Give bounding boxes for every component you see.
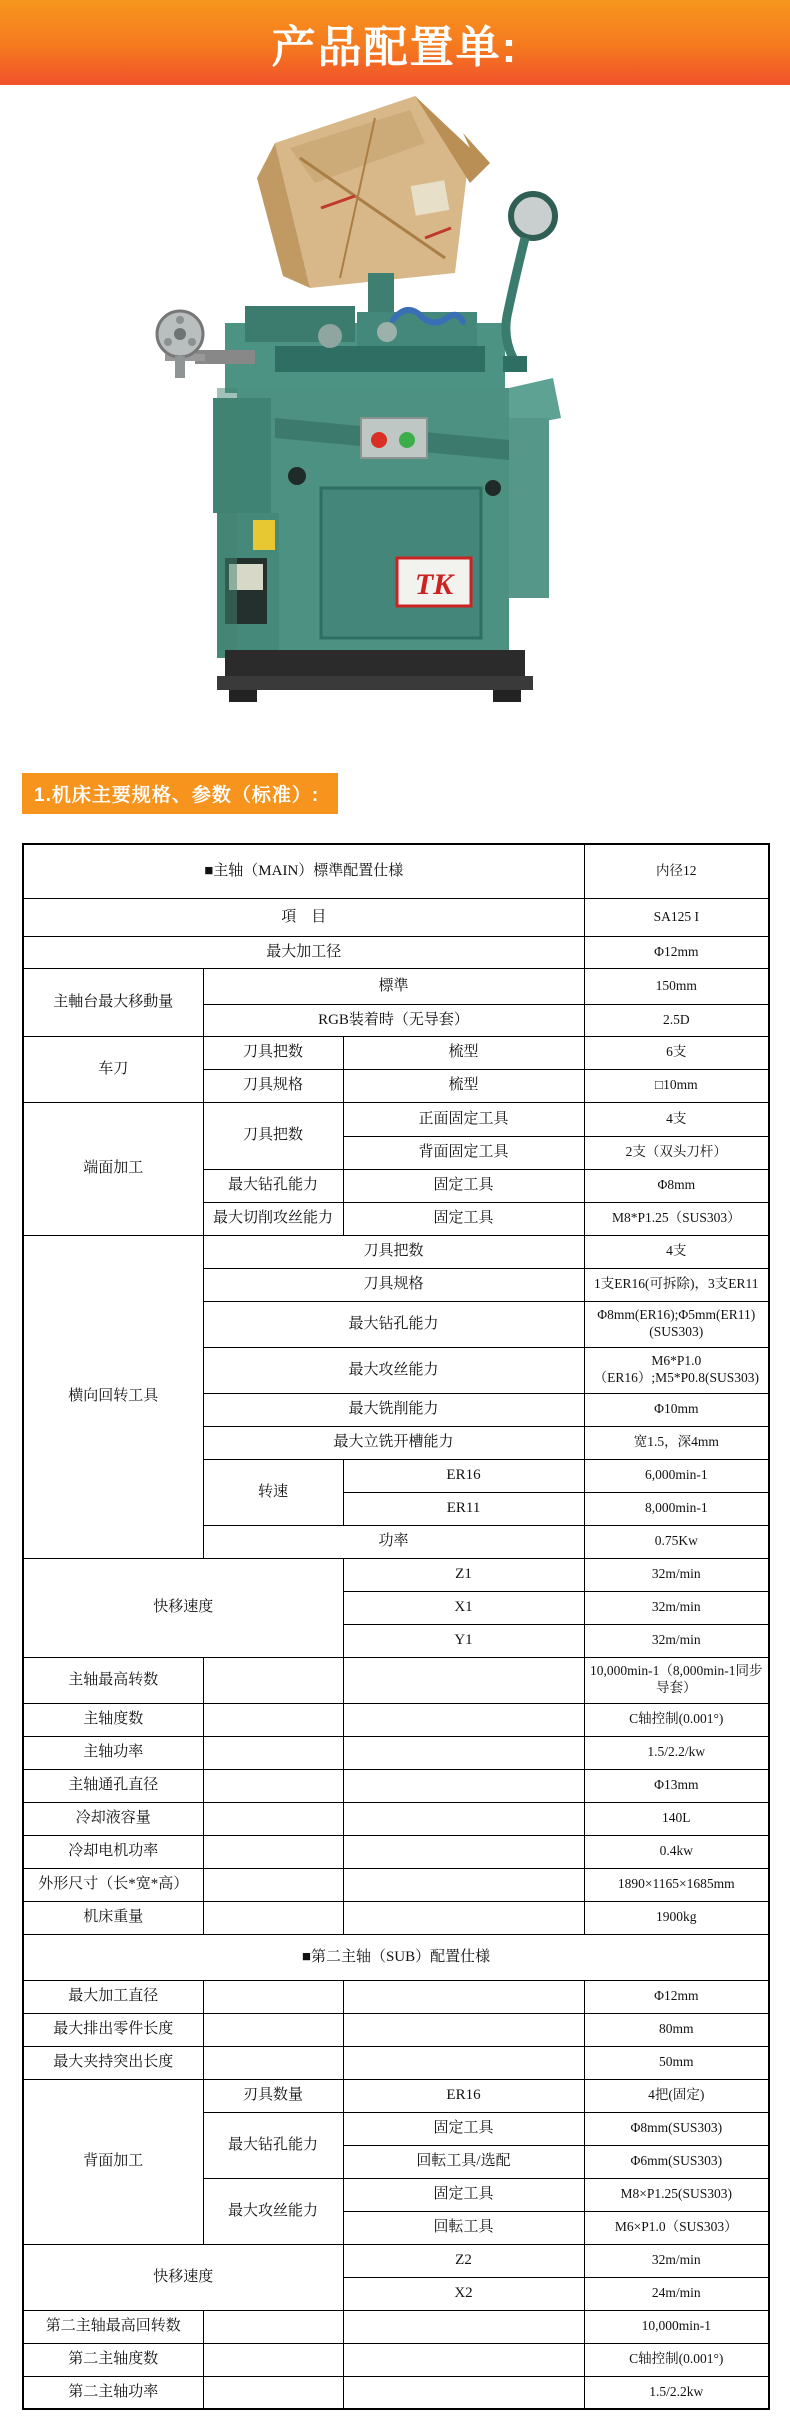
spec-cell: C轴控制(0.001°) [584, 1703, 769, 1736]
spec-cell: 固定工具 [343, 1202, 584, 1235]
machine-photo: TK [125, 88, 575, 760]
spec-cell: 32m/min [584, 1558, 769, 1591]
spec-cell [343, 1736, 584, 1769]
spec-cell: 1890×1165×1685mm [584, 1868, 769, 1901]
spec-cell: 刀具把数 [203, 1036, 343, 1069]
spec-cell: 32m/min [584, 1591, 769, 1624]
machine-illustration: TK [125, 88, 575, 760]
spec-table-body: ■主轴（MAIN）標準配置仕様内径12項 目SA125 I最大加工径Φ12mm主… [23, 844, 769, 2409]
spindle-head-assembly [165, 306, 505, 393]
spec-cell: 主轴通孔直径 [23, 1769, 203, 1802]
spec-cell: 车刀 [23, 1036, 203, 1102]
spec-cell: 最大铣削能力 [203, 1393, 584, 1426]
spec-cell: 最大钻孔能力 [203, 1169, 343, 1202]
spec-cell: 刀具把数 [203, 1102, 343, 1169]
start-stop-buttons [361, 418, 427, 458]
spec-cell: 最大切削攻丝能力 [203, 1202, 343, 1235]
spec-table: ■主轴（MAIN）標準配置仕様内径12項 目SA125 I最大加工径Φ12mm主… [22, 843, 770, 2410]
spec-cell: 冷却电机功率 [23, 1835, 203, 1868]
spec-cell: SA125 I [584, 898, 769, 936]
spec-cell: 最大加工直径 [23, 1980, 203, 2013]
spec-cell: 主轴最高转数 [23, 1657, 203, 1703]
spec-cell [343, 1657, 584, 1703]
spec-cell: 標準 [203, 968, 584, 1004]
spec-cell [343, 2046, 584, 2079]
spec-row: 主轴功率1.5/2.2/kw [23, 1736, 769, 1769]
green-button-icon [399, 432, 415, 448]
spec-cell [343, 1802, 584, 1835]
spec-cell [343, 1980, 584, 2013]
spec-cell: 4支 [584, 1235, 769, 1268]
spec-cell: 背面固定工具 [343, 1136, 584, 1169]
spec-cell: 0.75Kw [584, 1525, 769, 1558]
spec-cell: 6,000min-1 [584, 1459, 769, 1492]
spec-cell: 功率 [203, 1525, 584, 1558]
spec-cell: 項 目 [23, 898, 584, 936]
spec-cell: Φ8mm(SUS303) [584, 2112, 769, 2145]
spec-cell [203, 1703, 343, 1736]
spec-cell: Φ8mm(ER16);Φ5mm(ER11)(SUS303) [584, 1301, 769, 1347]
spec-cell [203, 1835, 343, 1868]
spec-cell: ■主轴（MAIN）標準配置仕様 [23, 844, 584, 898]
red-button-icon [371, 432, 387, 448]
spec-row: 冷却液容量140L [23, 1802, 769, 1835]
spec-cell [343, 1703, 584, 1736]
spec-row: 机床重量1900kg [23, 1901, 769, 1934]
spec-row: 外形尺寸（长*宽*高）1890×1165×1685mm [23, 1868, 769, 1901]
spec-cell: 最大加工径 [23, 936, 584, 968]
spec-cell: M8×P1.25(SUS303) [584, 2178, 769, 2211]
spec-cell [343, 2376, 584, 2409]
spec-row: ■第二主轴（SUB）配置仕様 [23, 1934, 769, 1980]
spec-row: 第二主轴最高回转数10,000min-1 [23, 2310, 769, 2343]
spec-cell: 宽1.5，深4mm [584, 1426, 769, 1459]
spec-cell: 机床重量 [23, 1901, 203, 1934]
spec-cell [343, 1868, 584, 1901]
spec-cell: 4支 [584, 1102, 769, 1136]
spec-cell [343, 1769, 584, 1802]
spec-cell: 刀具规格 [203, 1069, 343, 1102]
tk-logo-text: TK [415, 568, 455, 601]
spec-cell: 回転工具/选配 [343, 2145, 584, 2178]
spec-cell: 外形尺寸（长*宽*高） [23, 1868, 203, 1901]
spec-row: 背面加工刃具数量ER164把(固定) [23, 2079, 769, 2112]
spec-cell [203, 2376, 343, 2409]
spec-cell: 主轴度数 [23, 1703, 203, 1736]
spec-cell: 固定工具 [343, 1169, 584, 1202]
spec-row: 端面加工刀具把数正面固定工具4支 [23, 1102, 769, 1136]
spec-cell: 固定工具 [343, 2112, 584, 2145]
spec-cell: Φ10mm [584, 1393, 769, 1426]
spec-cell: 快移速度 [23, 1558, 343, 1657]
spec-cell: 固定工具 [343, 2178, 584, 2211]
spec-row: 冷却电机功率0.4kw [23, 1835, 769, 1868]
spec-cell: 横向回转工具 [23, 1235, 203, 1558]
spec-row: 最大排出零件长度80mm [23, 2013, 769, 2046]
spec-cell [343, 1835, 584, 1868]
spec-cell [203, 1657, 343, 1703]
spec-cell: 32m/min [584, 2244, 769, 2277]
spec-cell: 最大攻丝能力 [203, 2178, 343, 2244]
spec-cell [343, 1901, 584, 1934]
spec-cell: 最大钻孔能力 [203, 2112, 343, 2178]
spec-row: 第二主轴度数C轴控制(0.001°) [23, 2343, 769, 2376]
spec-row: 主軸台最大移動量標準150mm [23, 968, 769, 1004]
spec-cell: 冷却液容量 [23, 1802, 203, 1835]
spec-cell: 10,000min-1（8,000min-1同步导套） [584, 1657, 769, 1703]
spec-cell: 最大攻丝能力 [203, 1347, 584, 1393]
spec-cell: Φ6mm(SUS303) [584, 2145, 769, 2178]
spec-cell [203, 1901, 343, 1934]
spec-cell: 32m/min [584, 1624, 769, 1657]
spec-cell: X2 [343, 2277, 584, 2310]
spec-cell: 最大立铣开槽能力 [203, 1426, 584, 1459]
spec-row: 车刀刀具把数梳型6支 [23, 1036, 769, 1069]
spec-row: 横向回转工具刀具把数4支 [23, 1235, 769, 1268]
spec-cell: 最大钻孔能力 [203, 1301, 584, 1347]
spec-cell: Φ13mm [584, 1769, 769, 1802]
spec-row: 最大加工径Φ12mm [23, 936, 769, 968]
spec-cell: 第二主轴最高回转数 [23, 2310, 203, 2343]
spec-cell: 第二主轴度数 [23, 2343, 203, 2376]
spec-cell: Φ12mm [584, 936, 769, 968]
spec-cell [203, 1868, 343, 1901]
spec-cell: M6*P1.0（ER16）;M5*P0.8(SUS303) [584, 1347, 769, 1393]
spec-cell: 24m/min [584, 2277, 769, 2310]
section-heading-text: 1.机床主要规格、参数（标准）: [34, 780, 319, 807]
spec-cell: 1900kg [584, 1901, 769, 1934]
spec-cell: 内径12 [584, 844, 769, 898]
spec-cell: 梳型 [343, 1069, 584, 1102]
spec-cell: M8*P1.25（SUS303） [584, 1202, 769, 1235]
spec-cell [343, 2013, 584, 2046]
spec-cell [203, 2310, 343, 2343]
spec-cell: 刃具数量 [203, 2079, 343, 2112]
spec-cell: 转速 [203, 1459, 343, 1525]
spec-row: 最大夹持突出长度50mm [23, 2046, 769, 2079]
spec-cell: 4把(固定) [584, 2079, 769, 2112]
spec-cell: X1 [343, 1591, 584, 1624]
spec-cell: 8,000min-1 [584, 1492, 769, 1525]
spec-cell [203, 1802, 343, 1835]
spec-row: 第二主轴功率1.5/2.2kw [23, 2376, 769, 2409]
spec-cell: 刀具规格 [203, 1268, 584, 1301]
spec-cell [343, 2310, 584, 2343]
spec-cell [203, 1736, 343, 1769]
spec-cell [203, 2343, 343, 2376]
spec-cell [203, 1769, 343, 1802]
spec-cell: Φ12mm [584, 1980, 769, 2013]
spec-cell: RGB装着時（无导套） [203, 1004, 584, 1036]
spec-cell [203, 2046, 343, 2079]
lamp-arm-icon [503, 194, 555, 372]
spec-cell: 1.5/2.2kw [584, 2376, 769, 2409]
spec-cell: 2.5D [584, 1004, 769, 1036]
spec-cell: 1.5/2.2/kw [584, 1736, 769, 1769]
spec-cell: 端面加工 [23, 1102, 203, 1235]
spec-row: 快移速度Z232m/min [23, 2244, 769, 2277]
spec-cell: 140L [584, 1802, 769, 1835]
spec-cell: 快移速度 [23, 2244, 343, 2310]
spec-cell: 主軸台最大移動量 [23, 968, 203, 1036]
handwheel-icon [157, 311, 203, 378]
page-header: 产品配置单: [0, 0, 790, 85]
spec-cell: M6×P1.0（SUS303） [584, 2211, 769, 2244]
spec-cell: 背面加工 [23, 2079, 203, 2244]
spec-row: ■主轴（MAIN）標準配置仕様内径12 [23, 844, 769, 898]
spec-cell: 2支（双头刀杆） [584, 1136, 769, 1169]
cardboard-box-icon [257, 96, 490, 288]
spec-cell: ER11 [343, 1492, 584, 1525]
spec-cell: ER16 [343, 2079, 584, 2112]
section-heading: 1.机床主要规格、参数（标准）: [22, 773, 338, 814]
spec-cell: Z2 [343, 2244, 584, 2277]
spec-cell: Y1 [343, 1624, 584, 1657]
spec-cell: C轴控制(0.001°) [584, 2343, 769, 2376]
spec-cell: 第二主轴功率 [23, 2376, 203, 2409]
spec-cell: 150mm [584, 968, 769, 1004]
spec-row: 主轴度数C轴控制(0.001°) [23, 1703, 769, 1736]
spec-cell [203, 1980, 343, 2013]
spec-cell: 刀具把数 [203, 1235, 584, 1268]
spec-cell: 80mm [584, 2013, 769, 2046]
spec-cell: ■第二主轴（SUB）配置仕様 [23, 1934, 769, 1980]
spec-cell: 正面固定工具 [343, 1102, 584, 1136]
spec-cell: 最大排出零件长度 [23, 2013, 203, 2046]
spec-cell: Z1 [343, 1558, 584, 1591]
spec-cell: □10mm [584, 1069, 769, 1102]
spec-row: 主轴最高转数10,000min-1（8,000min-1同步导套） [23, 1657, 769, 1703]
spec-cell: 主轴功率 [23, 1736, 203, 1769]
spec-table-wrapper: ■主轴（MAIN）標準配置仕様内径12項 目SA125 I最大加工径Φ12mm主… [22, 843, 768, 2410]
spec-cell: 最大夹持突出长度 [23, 2046, 203, 2079]
warning-sticker [253, 520, 275, 550]
tk-logo: TK [397, 558, 471, 606]
spec-row: 主轴通孔直径Φ13mm [23, 1769, 769, 1802]
spec-cell [343, 2343, 584, 2376]
page-title: 产品配置单: [272, 11, 519, 75]
spec-cell: 0.4kw [584, 1835, 769, 1868]
spec-cell: 10,000min-1 [584, 2310, 769, 2343]
spec-row: 最大加工直径Φ12mm [23, 1980, 769, 2013]
spec-cell: ER16 [343, 1459, 584, 1492]
spec-row: 快移速度Z132m/min [23, 1558, 769, 1591]
spec-cell: 回転工具 [343, 2211, 584, 2244]
spec-row: 項 目SA125 I [23, 898, 769, 936]
spec-cell: 50mm [584, 2046, 769, 2079]
spec-cell [203, 2013, 343, 2046]
spec-cell: Φ8mm [584, 1169, 769, 1202]
spec-cell: 6支 [584, 1036, 769, 1069]
machine-body: TK [213, 378, 561, 658]
spec-cell: 梳型 [343, 1036, 584, 1069]
spec-cell: 1支ER16(可拆除)，3支ER11 [584, 1268, 769, 1301]
